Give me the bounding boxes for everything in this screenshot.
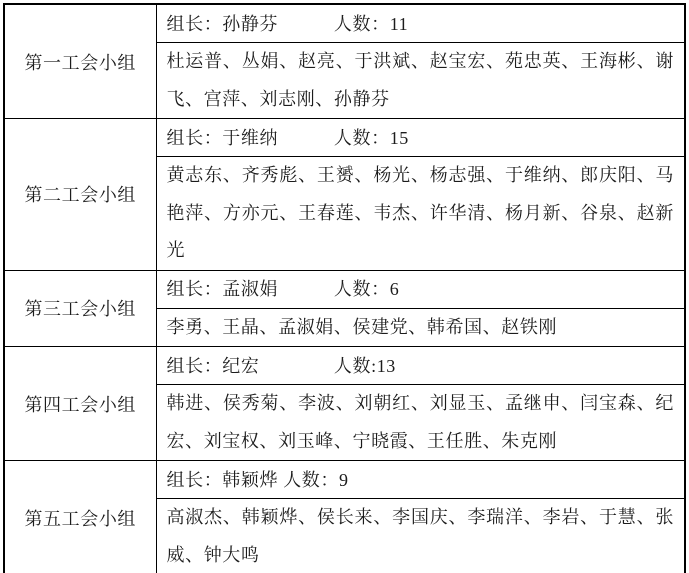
document-page: 第一工会小组 组长：孙静芬 人数：11 杜运普、丛娟、赵亮、于洪斌、赵宝宏、苑忠… [0, 0, 689, 573]
group-3-members-cell: 李勇、王晶、孟淑娟、侯建党、韩希国、赵铁刚 [156, 308, 685, 347]
group-2-leader-cell: 组长：于维纳 人数：15 [156, 119, 685, 157]
group-1-leader-row: 第一工会小组 组长：孙静芬 人数：11 [4, 4, 685, 43]
group-5-members-cell: 高淑杰、韩颖烨、侯长来、李国庆、李瑞洋、李岩、于慧、张威、钟大鸣 [156, 499, 685, 573]
group-2-members-cell: 黄志东、齐秀彪、王赟、杨光、杨志强、于维纳、郎庆阳、马艳萍、方亦元、王春莲、韦杰… [156, 157, 685, 271]
group-4-name-cell: 第四工会小组 [4, 347, 156, 461]
group-4-leader-cell: 组长：纪宏 人数:13 [156, 347, 685, 385]
group-3-leader-row: 第三工会小组 组长：孟淑娟 人数：6 [4, 270, 685, 308]
group-4-members-cell: 韩进、侯秀菊、李波、刘朝红、刘显玉、孟继申、闫宝森、纪宏、刘宝权、刘玉峰、宁晓霞… [156, 385, 685, 461]
group-5-name-cell: 第五工会小组 [4, 461, 156, 573]
group-4-leader-row: 第四工会小组 组长：纪宏 人数:13 [4, 347, 685, 385]
group-1-name-cell: 第一工会小组 [4, 4, 156, 119]
group-1-leader-cell: 组长：孙静芬 人数：11 [156, 4, 685, 43]
group-5-leader-cell: 组长：韩颖烨 人数：9 [156, 461, 685, 499]
union-groups-table: 第一工会小组 组长：孙静芬 人数：11 杜运普、丛娟、赵亮、于洪斌、赵宝宏、苑忠… [3, 3, 686, 573]
group-2-name-cell: 第二工会小组 [4, 119, 156, 271]
group-1-members-cell: 杜运普、丛娟、赵亮、于洪斌、赵宝宏、苑忠英、王海彬、谢飞、宫萍、刘志刚、孙静芬 [156, 43, 685, 119]
group-5-leader-row: 第五工会小组 组长：韩颖烨 人数：9 [4, 461, 685, 499]
group-3-name-cell: 第三工会小组 [4, 270, 156, 347]
group-3-leader-cell: 组长：孟淑娟 人数：6 [156, 270, 685, 308]
group-2-leader-row: 第二工会小组 组长：于维纳 人数：15 [4, 119, 685, 157]
